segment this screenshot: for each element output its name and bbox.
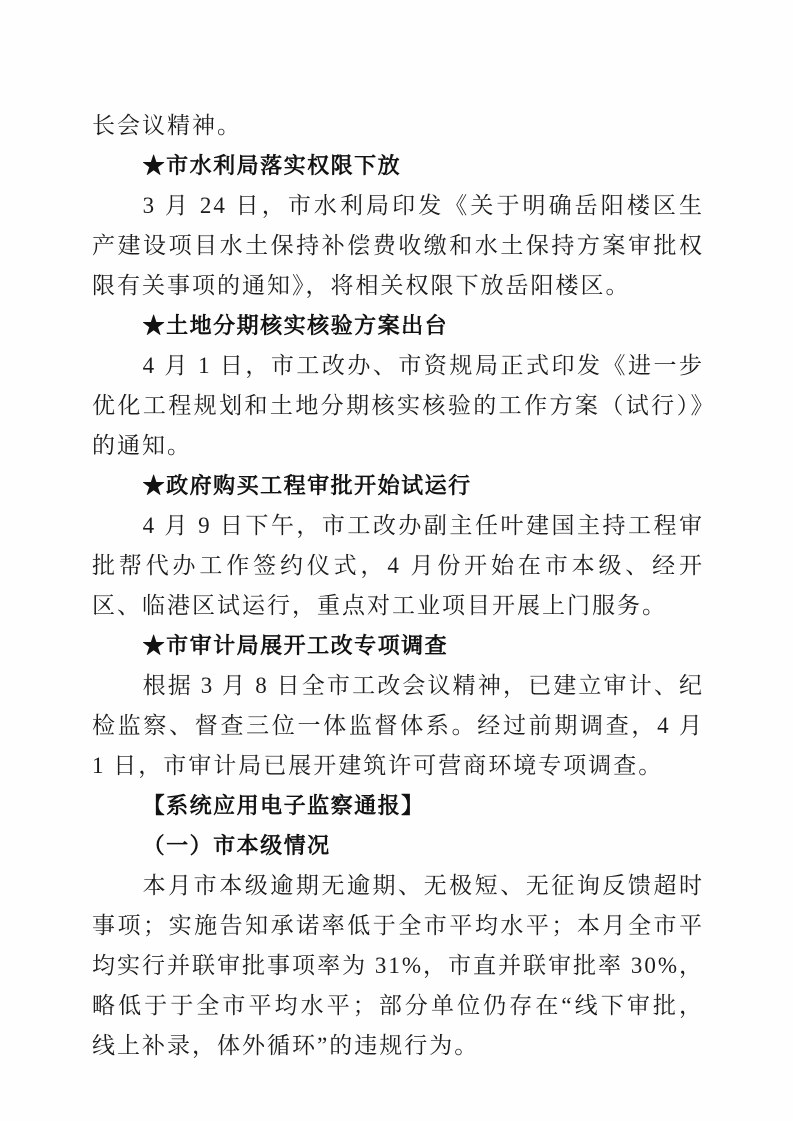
heading-city-level-status: （一）市本级情况 [92,826,704,866]
heading-audit-bureau-special-investigation: ★市审计局展开工改专项调查 [92,626,704,666]
paragraph-water-bureau-delegation: 3 月 24 日，市水利局印发《关于明确岳阳楼区生产建设项目水土保持补偿费收缴和… [92,186,704,306]
heading-govt-purchase-trial-run: ★政府购买工程审批开始试运行 [92,466,704,506]
heading-e-monitoring-bulletin: 【系统应用电子监察通报】 [92,786,704,826]
paragraph-continuation-mayor-meeting: 长会议精神。 [92,106,704,146]
document-content: 长会议精神。 ★市水利局落实权限下放 3 月 24 日，市水利局印发《关于明确岳… [92,106,704,1066]
paragraph-city-level-status: 本月市本级逾期无逾期、无极短、无征询反馈超时事项；实施告知承诺率低于全市平均水平… [92,866,704,1066]
document-page: 长会议精神。 ★市水利局落实权限下放 3 月 24 日，市水利局印发《关于明确岳… [0,0,793,1122]
paragraph-audit-bureau-special-investigation: 根据 3 月 8 日全市工改会议精神，已建立审计、纪检监察、督查三位一体监督体系… [92,666,704,786]
heading-land-phase-verification-plan: ★土地分期核实核验方案出台 [92,306,704,346]
paragraph-land-phase-verification-plan: 4 月 1 日，市工改办、市资规局正式印发《进一步优化工程规划和土地分期核实核验… [92,346,704,466]
heading-water-bureau-delegation: ★市水利局落实权限下放 [92,146,704,186]
paragraph-govt-purchase-trial-run: 4 月 9 日下午，市工改办副主任叶建国主持工程审批帮代办工作签约仪式，4 月份… [92,506,704,626]
